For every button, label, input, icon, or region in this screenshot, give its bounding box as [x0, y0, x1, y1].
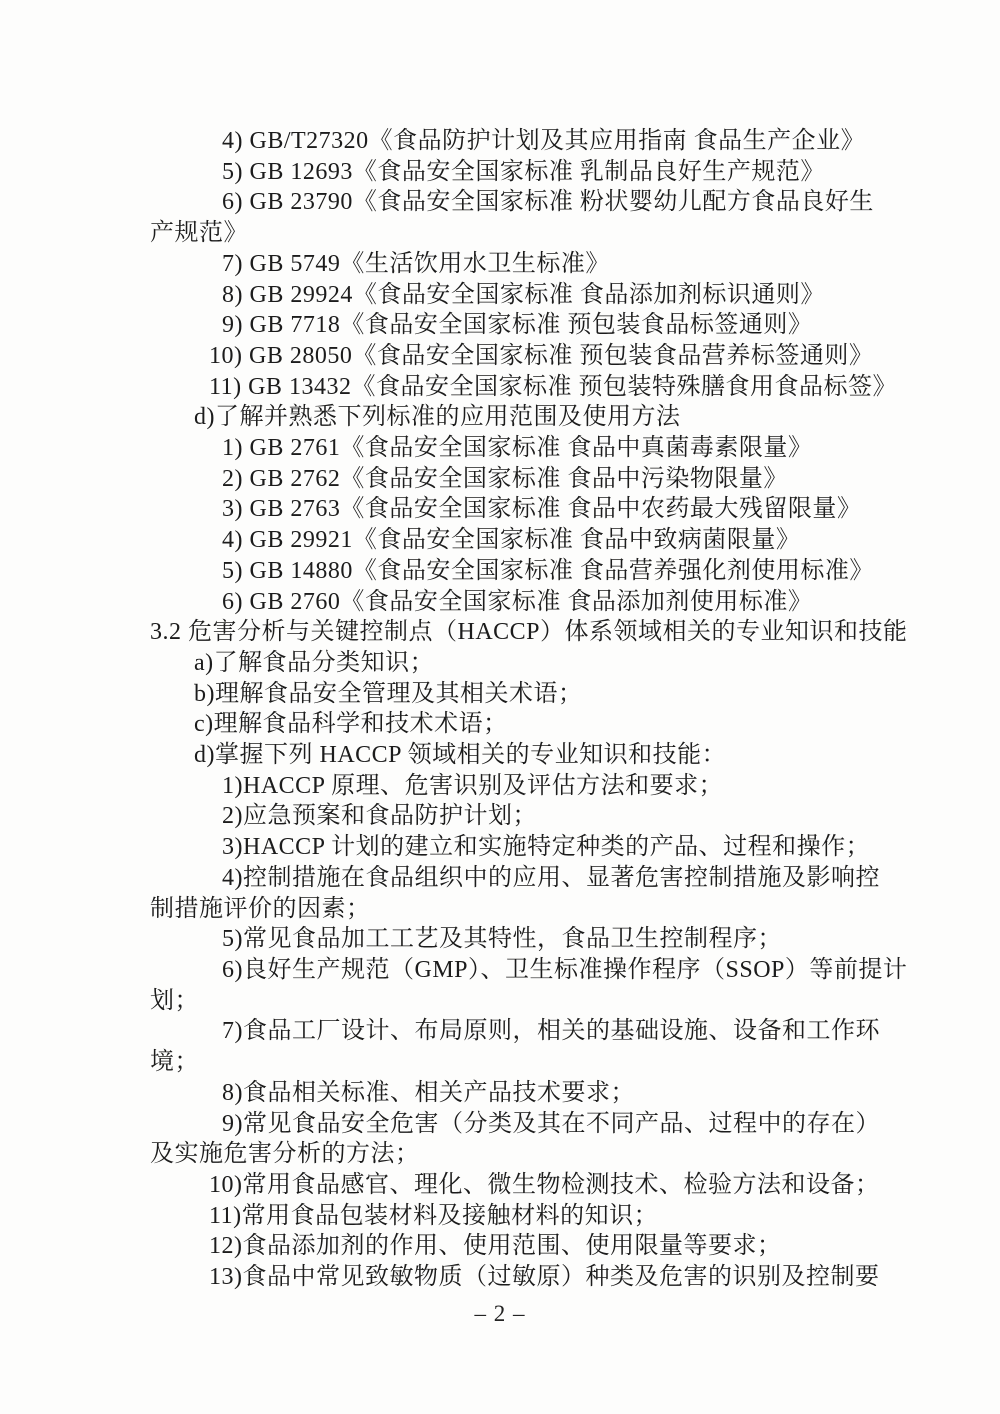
doc-line: 划； [0, 986, 1000, 1017]
doc-line: 11)常用食品包装材料及接触材料的知识； [0, 1201, 1000, 1232]
doc-line: 4) GB/T27320《食品防护计划及其应用指南 食品生产企业》 [0, 126, 1000, 157]
doc-line: c)理解食品科学和技术术语； [0, 709, 1000, 740]
doc-line: 7) GB 5749《生活饮用水卫生标准》 [0, 249, 1000, 280]
doc-line: b)理解食品安全管理及其相关术语； [0, 679, 1000, 710]
doc-line: 及实施危害分析的方法； [0, 1139, 1000, 1170]
doc-line: 3.2 危害分析与关键控制点（HACCP）体系领域相关的专业知识和技能 [0, 617, 1000, 648]
doc-line: 4)控制措施在食品组织中的应用、显著危害控制措施及影响控 [0, 863, 1000, 894]
doc-line: 6)良好生产规范（GMP）、卫生标准操作程序（SSOP）等前提计 [0, 955, 1000, 986]
doc-line: 产规范》 [0, 218, 1000, 249]
doc-line: 5) GB 14880《食品安全国家标准 食品营养强化剂使用标准》 [0, 556, 1000, 587]
doc-line: 8)食品相关标准、相关产品技术要求； [0, 1078, 1000, 1109]
doc-line: 6) GB 23790《食品安全国家标准 粉状婴幼儿配方食品良好生 [0, 187, 1000, 218]
document-lines: 4) GB/T27320《食品防护计划及其应用指南 食品生产企业》5) GB 1… [0, 126, 1000, 1293]
doc-line: 12)食品添加剂的作用、使用范围、使用限量等要求； [0, 1231, 1000, 1262]
doc-line: 7)食品工厂设计、布局原则，相关的基础设施、设备和工作环 [0, 1016, 1000, 1047]
page-number: – 2 – [0, 1301, 1000, 1327]
doc-line: 制措施评价的因素； [0, 894, 1000, 925]
doc-line: 2)应急预案和食品防护计划； [0, 801, 1000, 832]
doc-line: 10)常用食品感官、理化、微生物检测技术、检验方法和设备； [0, 1170, 1000, 1201]
doc-line: 1)HACCP 原理、危害识别及评估方法和要求； [0, 771, 1000, 802]
doc-line: 9) GB 7718《食品安全国家标准 预包装食品标签通则》 [0, 310, 1000, 341]
doc-line: 5) GB 12693《食品安全国家标准 乳制品良好生产规范》 [0, 157, 1000, 188]
doc-line: 境； [0, 1047, 1000, 1078]
doc-line: 6) GB 2760《食品安全国家标准 食品添加剂使用标准》 [0, 587, 1000, 618]
doc-line: 3) GB 2763《食品安全国家标准 食品中农药最大残留限量》 [0, 494, 1000, 525]
doc-line: 10) GB 28050《食品安全国家标准 预包装食品营养标签通则》 [0, 341, 1000, 372]
doc-line: 13)食品中常见致敏物质（过敏原）种类及危害的识别及控制要 [0, 1262, 1000, 1293]
doc-line: 4) GB 29921《食品安全国家标准 食品中致病菌限量》 [0, 525, 1000, 556]
doc-line: 9)常见食品安全危害（分类及其在不同产品、过程中的存在） [0, 1109, 1000, 1140]
doc-line: d)掌握下列 HACCP 领域相关的专业知识和技能： [0, 740, 1000, 771]
doc-line: 11) GB 13432《食品安全国家标准 预包装特殊膳食用食品标签》 [0, 372, 1000, 403]
doc-line: a)了解食品分类知识； [0, 648, 1000, 679]
document-page: 4) GB/T27320《食品防护计划及其应用指南 食品生产企业》5) GB 1… [0, 0, 1000, 1414]
doc-line: 3)HACCP 计划的建立和实施特定种类的产品、过程和操作； [0, 832, 1000, 863]
doc-line: 2) GB 2762《食品安全国家标准 食品中污染物限量》 [0, 464, 1000, 495]
doc-line: d)了解并熟悉下列标准的应用范围及使用方法 [0, 402, 1000, 433]
doc-line: 5)常见食品加工工艺及其特性，食品卫生控制程序； [0, 924, 1000, 955]
doc-line: 1) GB 2761《食品安全国家标准 食品中真菌毒素限量》 [0, 433, 1000, 464]
doc-line: 8) GB 29924《食品安全国家标准 食品添加剂标识通则》 [0, 280, 1000, 311]
